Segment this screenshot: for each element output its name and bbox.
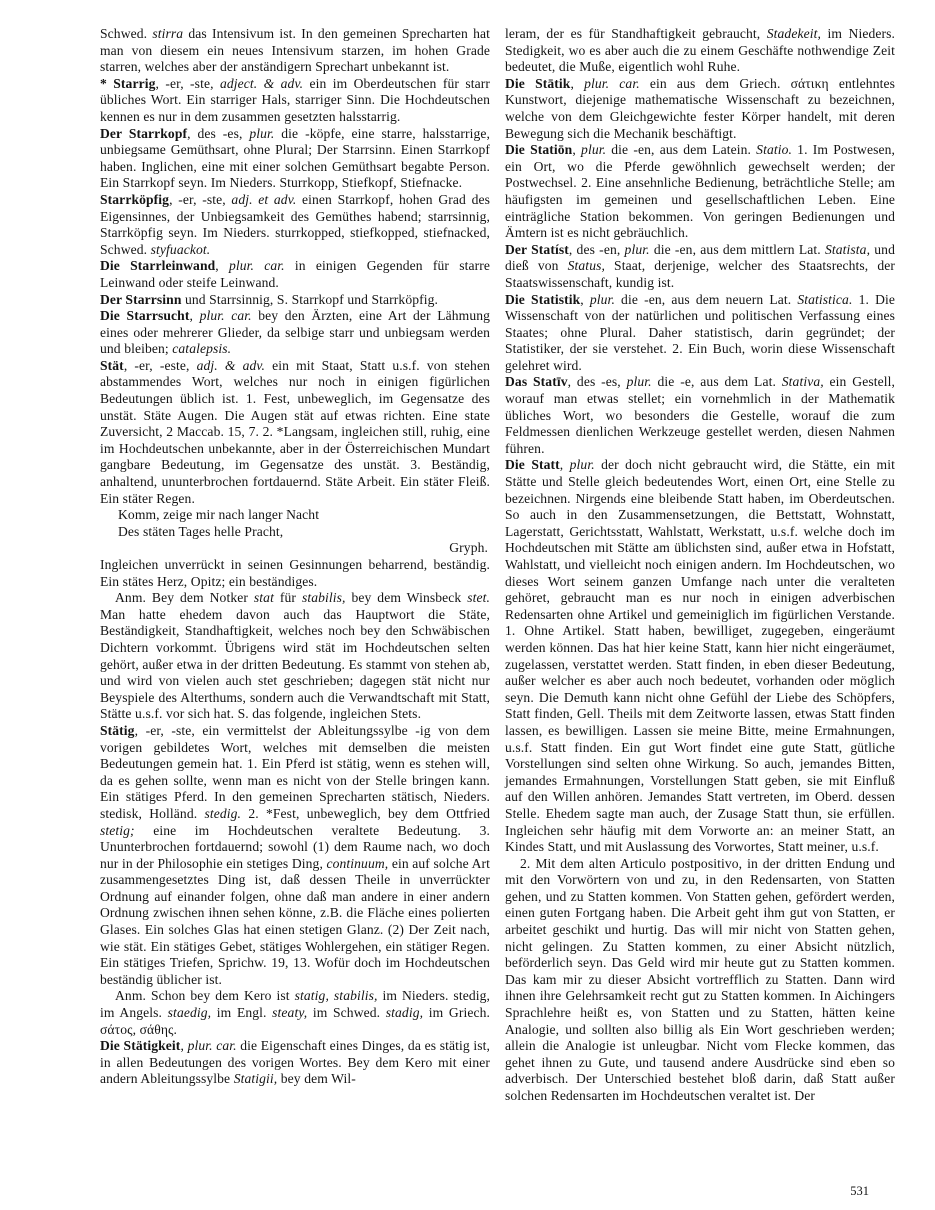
verse-attribution: Gryph. [100,540,490,557]
dictionary-entry-statist: Der Statíst, des -en, plur. die -en, aus… [505,242,895,292]
left-column: Schwed. stirra das Intensivum ist. In de… [100,26,490,1105]
dictionary-entry-staetigkeit: Die Stätigkeit, plur. car. die Eigenscha… [100,1038,490,1088]
continuation-paragraph: leram, der es für Standhaftigkeit gebrau… [505,26,895,76]
dictionary-entry-stativ: Das Statīv, des -es, plur. die -e, aus d… [505,374,895,457]
verse-line: Des stäten Tages helle Pracht, [100,524,490,541]
dictionary-entry-starrsinn: Der Starrsinn und Starrsinnig, S. Starrk… [100,292,490,309]
dictionary-entry-station: Die Statiōn, plur. die -en, aus dem Late… [505,142,895,242]
right-column: leram, der es für Standhaftigkeit gebrau… [505,26,895,1105]
dictionary-page: Schwed. stirra das Intensivum ist. In de… [0,0,935,1210]
continuation-paragraph: Ingleichen unverrückt in seinen Gesinnun… [100,557,490,590]
dictionary-entry-statistik: Die Statistik, plur. die -en, aus dem ne… [505,292,895,375]
dictionary-entry-starrsucht: Die Starrsucht, plur. car. bey den Ärzte… [100,308,490,358]
dictionary-entry-statt: Die Statt, plur. der doch nicht gebrauch… [505,457,895,855]
dictionary-entry-staet: Stät, -er, -este, adj. & adv. ein mit St… [100,358,490,507]
verse-line: Komm, zeige mir nach langer Nacht [100,507,490,524]
dictionary-entry-starrleinwand: Die Starrleinwand, plur. car. in einigen… [100,258,490,291]
dictionary-entry-starrig: * Starrig, -er, -ste, adject. & adv. ein… [100,76,490,126]
dictionary-entry-starrkoepfig: Starrköpfig, -er, -ste, adj. et adv. ein… [100,192,490,258]
note-paragraph: Anm. Bey dem Notker stat für stabilis, b… [100,590,490,723]
dictionary-entry-statik: Die Stātik, plur. car. ein aus dem Griec… [505,76,895,142]
numbered-sense-paragraph: 2. Mit dem alten Articulo postpositivo, … [505,856,895,1105]
continuation-paragraph: Schwed. stirra das Intensivum ist. In de… [100,26,490,76]
text-columns: Schwed. stirra das Intensivum ist. In de… [100,26,895,1105]
dictionary-entry-staetig: Stätig, -er, -ste, ein vermittelst der A… [100,723,490,989]
page-number: 531 [850,1184,869,1198]
dictionary-entry-starrkopf: Der Starrkopf, des -es, plur. die -köpfe… [100,126,490,192]
note-paragraph: Anm. Schon bey dem Kero ist statig, stab… [100,988,490,1038]
